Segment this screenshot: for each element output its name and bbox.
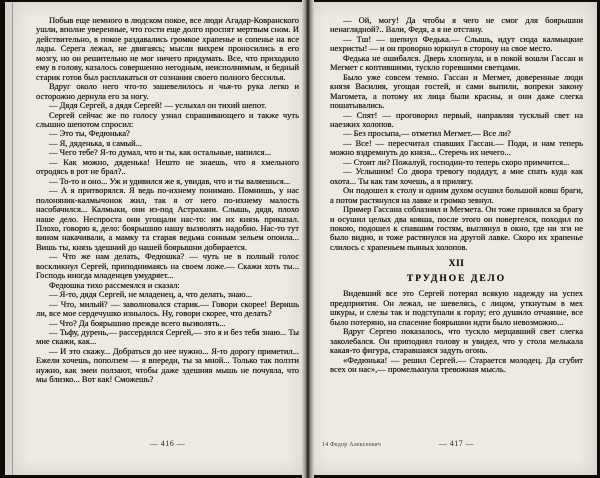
book-scan: Побыв еще немного в людском покое, все л…	[0, 0, 600, 478]
chapter-heading: XII ТРУДНОЕ ДЕЛО	[330, 259, 583, 284]
paragraph: «Федюнька! — решил Сергей.— Старается мо…	[330, 356, 583, 375]
left-page-text: Побыв еще немного в людском покое, все л…	[36, 16, 299, 385]
paragraph: — И это скажу... Добраться до нее нужно.…	[36, 347, 299, 385]
chapter-number: XII	[330, 259, 583, 269]
paragraph: Побыв еще немного в людском покое, все л…	[36, 16, 299, 82]
right-page-text-bottom: Видевший все это Сергей потерял всякую н…	[330, 289, 583, 374]
printer-signature: 14 Федор Алексеевич	[322, 442, 381, 448]
paragraph: — Тш! — шепнул Федька.— Слышь, идут сюда…	[330, 35, 583, 54]
paragraph: Пример Гассана соблазнил и Мегмета. Он т…	[330, 205, 583, 252]
paragraph: Было уже совсем темно. Гассан и Мегмет, …	[330, 73, 583, 111]
paragraph: — Спят! — проговорил первый, направляя т…	[330, 111, 583, 130]
chapter-title: ТРУДНОЕ ДЕЛО	[330, 274, 583, 284]
right-page-text-top: — Ой, могу! Да чтобы я чего не смог для …	[330, 16, 583, 252]
paragraph: Он подошел к столу и одним духом осушил …	[330, 186, 583, 205]
paragraph: Федька не ошибался. Дверь хлопнула, и в …	[330, 54, 583, 73]
paragraph: — Все! — пересчитал спавших Гассан.— Под…	[330, 139, 583, 158]
paragraph: — Ой, могу! Да чтобы я чего не смог для …	[330, 16, 583, 35]
paragraph: Сергей сейчас же по голосу узнал спрашив…	[36, 111, 299, 130]
paragraph: Видевший все это Сергей потерял всякую н…	[330, 289, 583, 327]
paragraph: — Что же нам делать, Федюшка? — чуть не …	[36, 252, 299, 280]
paragraph: Вдруг Сергею показалось, что тускло мерц…	[330, 327, 583, 355]
page-stack-edge	[12, 2, 13, 475]
paragraph: — Услышим! Со двора тревогу подадут, а м…	[330, 167, 583, 186]
paragraph: — А я притворялся. Я ведь по-ихнему пони…	[36, 186, 299, 252]
right-page-text: — Ой, могу! Да чтобы я чего не смог для …	[330, 16, 583, 374]
paragraph: Вдруг около него что-то зашевелилось и ч…	[36, 82, 299, 101]
paragraph: — Тьфу, дурень,— рассердился Сергей,— эт…	[36, 328, 299, 347]
book-gutter-shadow	[302, 0, 314, 478]
paragraph: — Что, милый? — заволновался старик.— Го…	[36, 300, 299, 319]
paragraph: — Как можно, дяденька! Нешто не знаешь, …	[36, 158, 299, 177]
page-number-left: — 416 —	[36, 439, 299, 448]
